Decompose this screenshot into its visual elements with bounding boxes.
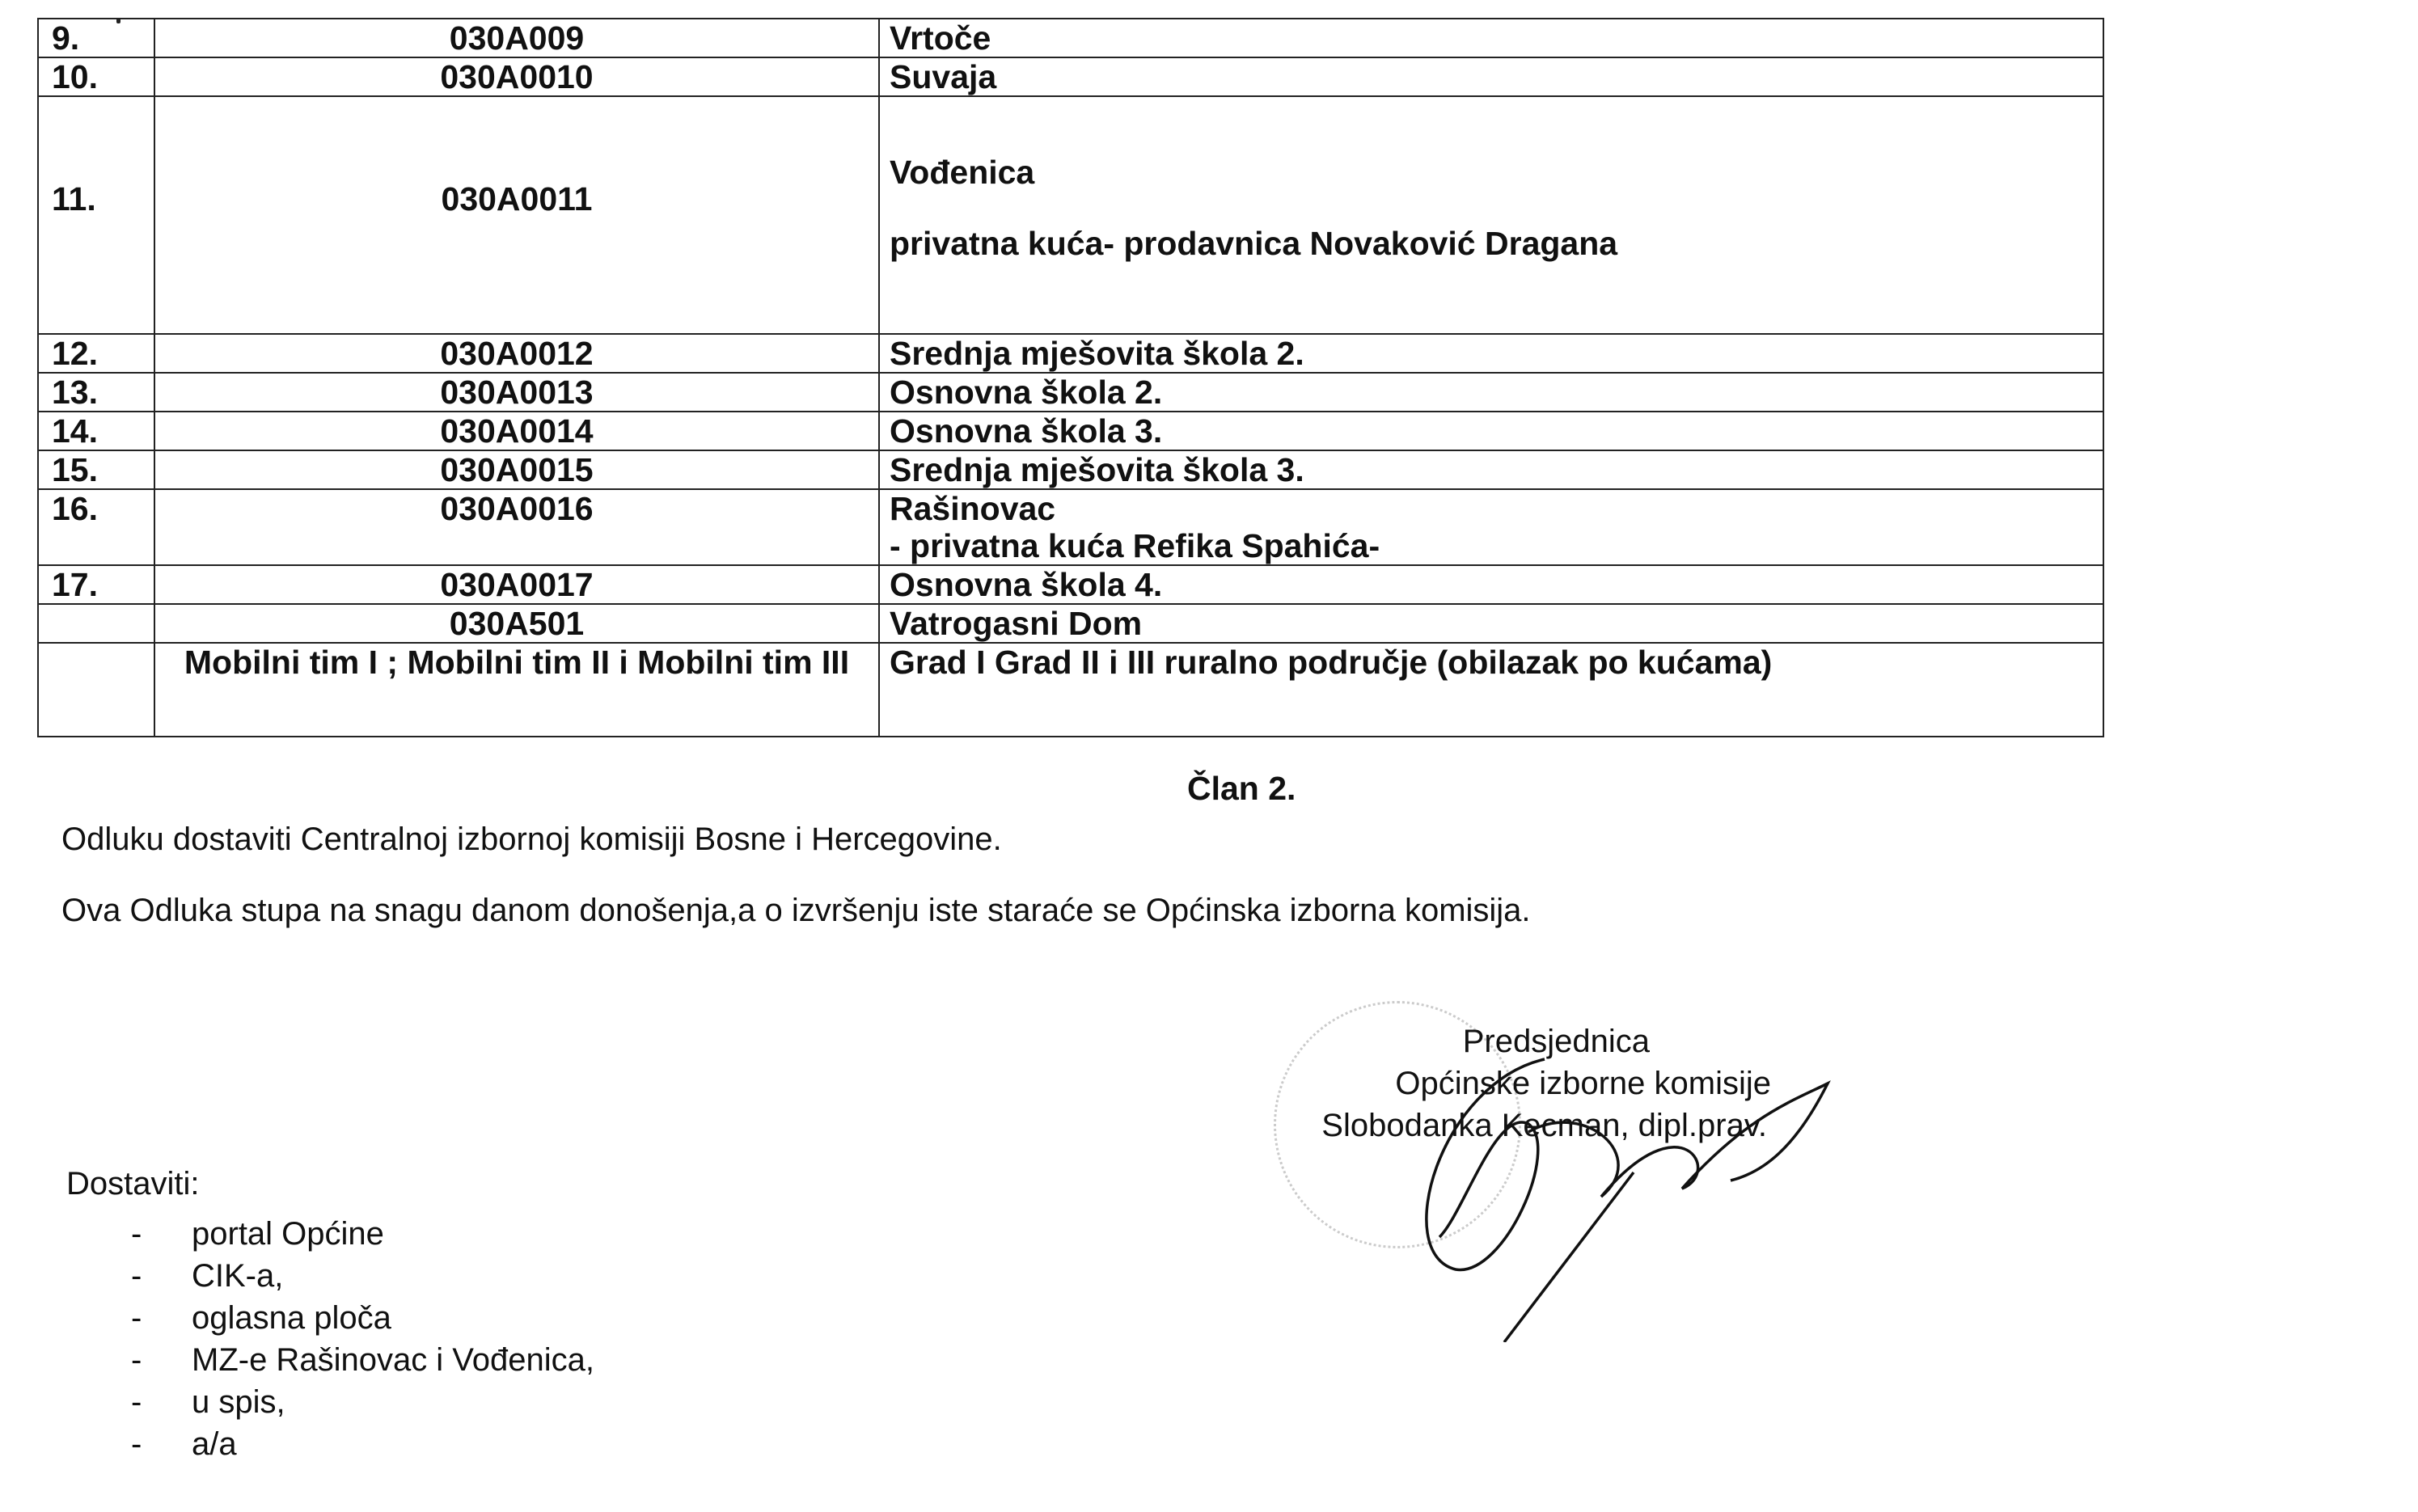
row-number [38,643,154,737]
distribution-item: -CIK-a, [66,1255,594,1297]
row-number: 15. [38,450,154,489]
dash-bullet: - [66,1423,192,1465]
polling-station-code: 030A0010 [154,57,879,96]
location-line: privatna kuća- prodavnica Novaković Drag… [890,225,2093,262]
dash-bullet: - [66,1297,192,1339]
dash-bullet: - [66,1381,192,1423]
dash-bullet: - [66,1339,192,1381]
polling-station-code: 030A501 [154,604,879,643]
location-line: Osnovna škola 3. [890,412,2093,450]
handwritten-signature [1342,1051,1868,1342]
location-line: - privatna kuća Refika Spahića- [890,527,2093,564]
table-row: 10.030A0010Suvaja [38,57,2103,96]
distribution-item: -a/a [66,1423,594,1465]
polling-station-location: Suvaja [879,57,2103,96]
distribution-label: Dostaviti: [66,1166,200,1202]
polling-station-code: 030A0011 [154,96,879,334]
table-row: 14.030A0014Osnovna škola 3. [38,412,2103,450]
polling-station-location: Vrtoče [879,19,2103,57]
polling-station-location: Grad I Grad II i III ruralno područje (o… [879,643,2103,737]
distribution-item-text: CIK-a, [192,1255,283,1297]
row-number: 13. [38,373,154,412]
polling-stations-table: 9.030A009Vrtoče10.030A0010Suvaja11.030A0… [37,18,2104,737]
polling-station-location: Osnovna škola 2. [879,373,2103,412]
location-line: Osnovna škola 2. [890,374,2093,411]
polling-station-code: Mobilni tim I ; Mobilni tim II i Mobilni… [154,643,879,737]
row-number: 17. [38,565,154,604]
paragraph-delivery: Odluku dostaviti Centralnoj izbornoj kom… [61,821,1002,858]
table-row: 13.030A0013Osnovna škola 2. [38,373,2103,412]
paragraph-effect: Ova Odluka stupa na snagu danom donošenj… [61,893,1531,929]
distribution-item: -oglasna ploča [66,1297,594,1339]
location-line: Rašinovac [890,490,2093,527]
distribution-item: -MZ-e Rašinovac i Vođenica, [66,1339,594,1381]
location-line: Vrtoče [890,19,2093,57]
polling-station-code: 030A009 [154,19,879,57]
location-line: Vođenica [890,154,2093,191]
row-number: 9. [38,19,154,57]
row-number: 16. [38,489,154,565]
table-row: 17.030A0017Osnovna škola 4. [38,565,2103,604]
row-number: 10. [38,57,154,96]
location-line: Grad I Grad II i III ruralno područje (o… [890,644,2093,681]
location-line: Osnovna škola 4. [890,566,2093,603]
distribution-item-text: MZ-e Rašinovac i Vođenica, [192,1339,594,1381]
distribution-item-text: portal Općine [192,1213,384,1255]
polling-station-location: Osnovna škola 3. [879,412,2103,450]
row-number [38,604,154,643]
polling-station-code: 030A0013 [154,373,879,412]
distribution-item-text: u spis, [192,1381,285,1423]
location-line: Suvaja [890,58,2093,95]
location-line: Srednja mješovita škola 2. [890,335,2093,372]
row-number: 14. [38,412,154,450]
row-number: 12. [38,334,154,373]
table-row: Mobilni tim I ; Mobilni tim II i Mobilni… [38,643,2103,737]
distribution-item: -u spis, [66,1381,594,1423]
polling-station-location: Rašinovac- privatna kuća Refika Spahića- [879,489,2103,565]
polling-station-location: Srednja mješovita škola 2. [879,334,2103,373]
polling-station-location: Srednja mješovita škola 3. [879,450,2103,489]
distribution-item-text: oglasna ploča [192,1297,391,1339]
distribution-item-text: a/a [192,1423,237,1465]
polling-station-location: Vođenicaprivatna kuća- prodavnica Novako… [879,96,2103,334]
dash-bullet: - [66,1213,192,1255]
table-row: 11.030A0011Vođenicaprivatna kuća- prodav… [38,96,2103,334]
polling-station-code: 030A0015 [154,450,879,489]
polling-station-location: Osnovna škola 4. [879,565,2103,604]
article-heading: Član 2. [1187,770,1296,808]
polling-station-code: 030A0016 [154,489,879,565]
polling-station-code: 030A0017 [154,565,879,604]
location-line: Vatrogasni Dom [890,605,2093,642]
table-row: 030A501Vatrogasni Dom [38,604,2103,643]
polling-station-code: 030A0014 [154,412,879,450]
polling-station-location: Vatrogasni Dom [879,604,2103,643]
location-line: Srednja mješovita škola 3. [890,451,2093,488]
table-row: 9.030A009Vrtoče [38,19,2103,57]
table-row: 15.030A0015Srednja mješovita škola 3. [38,450,2103,489]
table-row: 16.030A0016Rašinovac- privatna kuća Refi… [38,489,2103,565]
distribution-list: -portal Općine-CIK-a,-oglasna ploča-MZ-e… [66,1213,594,1465]
table-row: 12.030A0012Srednja mješovita škola 2. [38,334,2103,373]
dash-bullet: - [66,1255,192,1297]
distribution-item: -portal Općine [66,1213,594,1255]
row-number: 11. [38,96,154,334]
polling-station-code: 030A0012 [154,334,879,373]
